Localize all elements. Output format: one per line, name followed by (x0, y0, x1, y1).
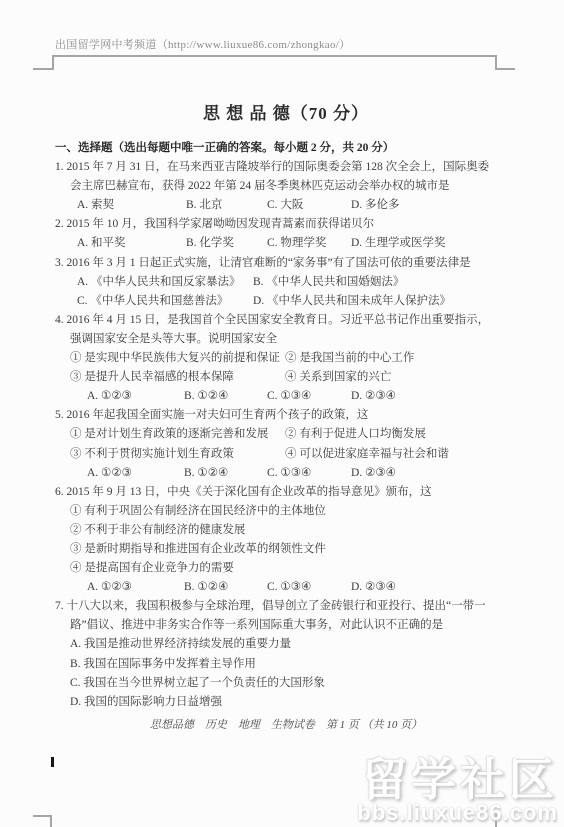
page-footer: 思想品德 历史 地理 生物试卷 第 1 页 （共 10 页） (55, 716, 517, 732)
q4-item-1: ① 是实现中华民族伟大复兴的前提和保证 (70, 349, 285, 368)
q5-item-4: ④ 可以促进家庭幸福与社会和谐 (285, 445, 449, 464)
q4-option-d: D. ②③④ (351, 387, 396, 406)
q6-option-a: A. ①②③ (87, 578, 184, 597)
exam-content: 一、选择题（选出每题中唯一正确的答案。每小题 2 分，共 20 分） 1. 20… (55, 139, 520, 712)
q5-items-row-34: ③ 不利于贯彻实施计划生育政策 ④ 可以促进家庭幸福与社会和谐 (55, 445, 520, 464)
q1-text-line2: 会主席巴赫宣布，获得 2022 年第 24 届冬季奥林匹克运动会举办权的城市是 (55, 177, 520, 196)
q6-text-line1: 6. 2015 年 9 月 13 日，中央《关于深化国有企业改革的指导意见》颁布… (55, 483, 520, 502)
q6-option-c: C. ①③④ (267, 578, 351, 597)
q4-items-row-12: ① 是实现中华民族伟大复兴的前提和保证 ② 是我国当前的中心工作 (55, 349, 520, 368)
q2-option-c: C. 物理学奖 (267, 234, 351, 253)
q3-option-b: B. 《中华人民共和国婚姻法》 (253, 273, 404, 292)
q5-item-1: ① 是对计划生育政策的逐渐完善和发展 (70, 425, 285, 444)
q5-option-b: B. ①②④ (184, 464, 267, 483)
q4-option-c: C. ①③④ (267, 387, 351, 406)
q1-text-line1: 1. 2015 年 7 月 31 日，在马来西亚吉隆坡举行的国际奥委会第 128… (55, 158, 520, 177)
scan-artifact-tick (51, 757, 54, 767)
q7-option-a: A. 我国是推动世界经济持续发展的重要力量 (55, 635, 520, 654)
site-header-link: 出国留学网中考频道（http://www.liuxue86.com/zhongk… (55, 36, 350, 52)
q3-option-c: C. 《中华人民共和国慈善法》 (77, 292, 253, 311)
q4-item-3: ③ 是提升人民幸福感的根本保障 (70, 368, 285, 387)
q1-options-row: A. 索契 B. 北京 C. 大阪 D. 多伦多 (55, 196, 520, 215)
q7-option-d: D. 我国的国际影响力日益增强 (55, 693, 520, 712)
q5-text-line1: 5. 2016 年起我国全面实施一对夫妇可生育两个孩子的政策，这 (55, 406, 520, 425)
q7-option-b: B. 我国在国际事务中发挥着主导作用 (55, 655, 520, 674)
q4-options-row: A. ①②③ B. ①②④ C. ①③④ D. ②③④ (55, 387, 520, 406)
q2-options-row: A. 和平奖 B. 化学奖 C. 物理学奖 D. 生理学或医学奖 (55, 234, 520, 253)
q3-option-d: D. 《中华人民共和国未成年人保护法》 (253, 292, 451, 311)
q6-item-4: ④ 是提高国有企业竞争力的需要 (55, 559, 520, 578)
q5-item-2: ② 有利于促进人口均衡发展 (285, 425, 426, 444)
q6-item-1: ① 有利于巩固公有制经济在国民经济中的主体地位 (55, 502, 520, 521)
q2-text-line1: 2. 2015 年 10 月，我国科学家屠呦呦因发现青蒿素而获得诺贝尔 (55, 215, 520, 234)
q5-item-3: ③ 不利于贯彻实施计划生育政策 (70, 445, 285, 464)
q4-item-4: ④ 关系到国家的兴亡 (285, 368, 391, 387)
q3-text-line1: 3. 2016 年 3 月 1 日起正式实施，让清官难断的“家务事”有了国法可依… (55, 254, 520, 273)
q3-options-row-ab: A. 《中华人民共和国反家暴法》 B. 《中华人民共和国婚姻法》 (55, 273, 520, 292)
q5-options-row: A. ①②③ B. ①②④ C. ①③④ D. ②③④ (55, 464, 520, 483)
paper-title: 思 想 品 德（70 分） (55, 99, 517, 124)
watermark-site-name: 留学社区 (357, 758, 558, 802)
watermark-site-url: bbs.liuxue86.com (357, 802, 558, 823)
q6-options-row: A. ①②③ B. ①②④ C. ①③④ D. ②③④ (55, 578, 520, 597)
q1-option-b: B. 北京 (186, 196, 267, 215)
q1-option-c: C. 大阪 (267, 196, 351, 215)
scan-frame-right-notch-horizontal (495, 68, 515, 70)
section-heading: 一、选择题（选出每题中唯一正确的答案。每小题 2 分，共 20 分） (55, 139, 520, 158)
q4-option-b: B. ①②④ (184, 387, 267, 406)
scan-frame-left-notch-horizontal (33, 68, 53, 70)
q6-option-d: D. ②③④ (351, 578, 396, 597)
q7-text-line2: 路”倡议、推进中非务实合作等一系列国际重大事务，对此认识不正确的是 (55, 616, 520, 635)
q6-item-3: ③ 是新时期指导和推进国有企业改革的纲领性文件 (55, 540, 520, 559)
q4-option-a: A. ①②③ (87, 387, 184, 406)
q1-option-a: A. 索契 (77, 196, 186, 215)
q2-option-b: B. 化学奖 (186, 234, 267, 253)
q6-item-2: ② 不利于非公有制经济的健康发展 (55, 521, 520, 540)
q5-option-d: D. ②③④ (351, 464, 396, 483)
q4-items-row-34: ③ 是提升人民幸福感的根本保障 ④ 关系到国家的兴亡 (55, 368, 520, 387)
q7-option-c: C. 我国在当今世界树立起了一个负责任的大国形象 (55, 674, 520, 693)
q1-option-d: D. 多伦多 (351, 196, 400, 215)
q2-option-a: A. 和平奖 (77, 234, 186, 253)
watermark: 留学社区 bbs.liuxue86.com (357, 758, 558, 823)
q3-option-a: A. 《中华人民共和国反家暴法》 (77, 273, 253, 292)
scan-frame-bottom-left-vertical (50, 815, 52, 827)
q4-text-line1: 4. 2016 年 4 月 15 日，是我国首个全民国家安全教育日。习近平总书记… (55, 311, 520, 330)
q4-text-line2: 强调国家安全是头等大事。说明国家安全 (55, 330, 520, 349)
q5-option-c: C. ①③④ (267, 464, 351, 483)
q3-options-row-cd: C. 《中华人民共和国慈善法》 D. 《中华人民共和国未成年人保护法》 (55, 292, 520, 311)
q4-item-2: ② 是我国当前的中心工作 (285, 349, 414, 368)
q5-items-row-12: ① 是对计划生育政策的逐渐完善和发展 ② 有利于促进人口均衡发展 (55, 425, 520, 444)
q7-text-line1: 7. 十八大以来，我国积极参与全球治理，倡导创立了金砖银行和亚投行、提出“一带一 (55, 597, 520, 616)
scan-frame-top-line (52, 55, 496, 57)
q5-option-a: A. ①②③ (87, 464, 184, 483)
q2-option-d: D. 生理学或医学奖 (351, 234, 446, 253)
q6-option-b: B. ①②④ (184, 578, 267, 597)
